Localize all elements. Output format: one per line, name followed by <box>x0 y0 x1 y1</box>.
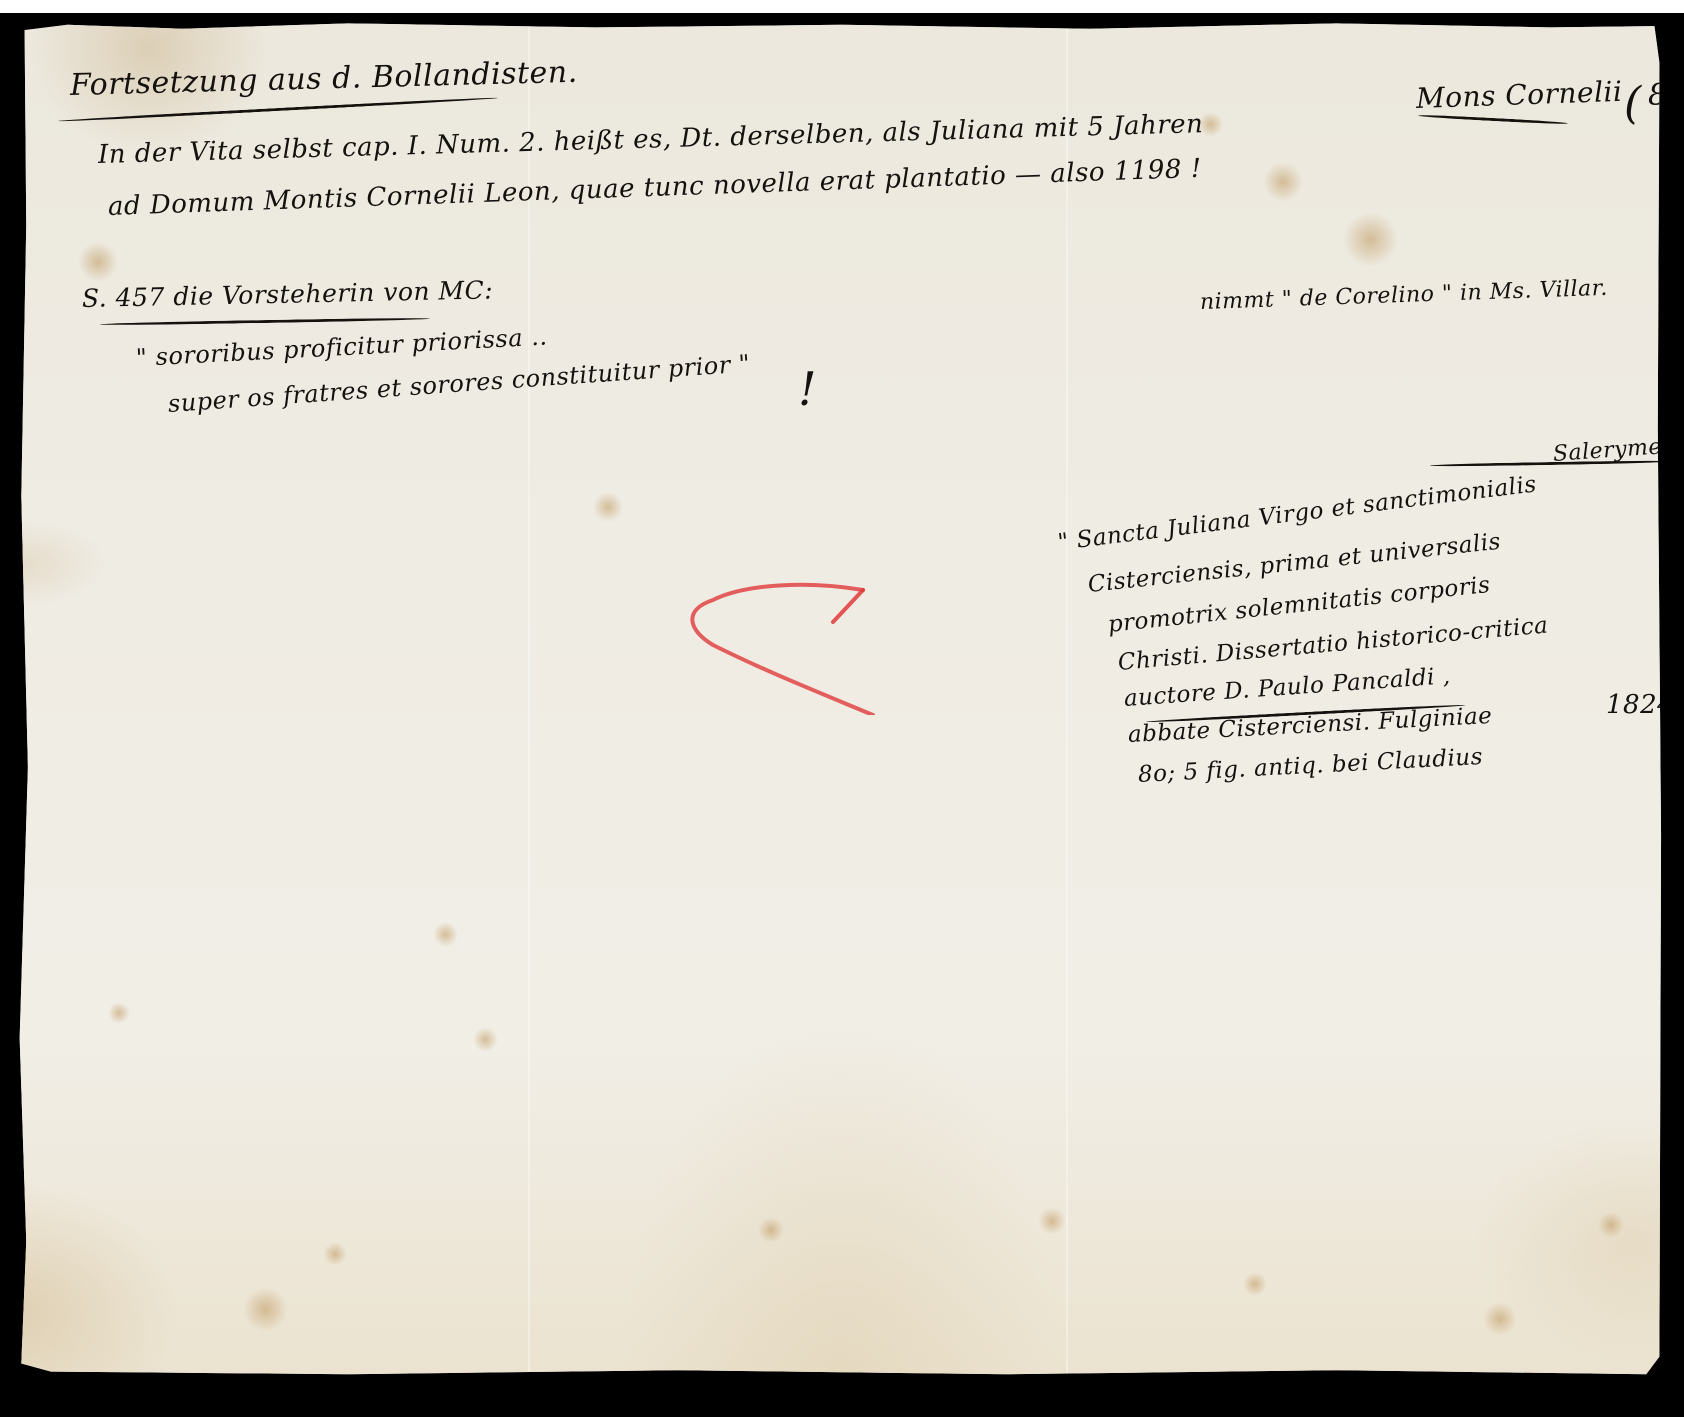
line-underline <box>100 317 430 326</box>
scan-top-margin <box>0 0 1684 13</box>
foxing-spot <box>1243 1272 1267 1296</box>
red-arrow-icon <box>683 570 883 715</box>
folio-number: 8. <box>1648 78 1678 113</box>
paper-fold-line <box>528 22 530 1377</box>
foxing-spot <box>108 1002 130 1024</box>
foxing-spot <box>1598 1212 1624 1238</box>
foxing-spot <box>1263 162 1303 202</box>
bibliography-line: abbate Cisterciensi. Fulginiae <box>1127 703 1493 748</box>
quote-line: " sororibus proficitur priorissa .. <box>135 322 548 372</box>
bibliography-line: 8o; 5 fig. antiq. bei Claudius <box>1137 744 1483 788</box>
quote-exclamation: ! <box>798 362 817 416</box>
paper-fold-line <box>1066 22 1068 1377</box>
foxing-spot <box>1483 1302 1517 1336</box>
folio-label: Mons Cornelii <box>1415 75 1622 115</box>
foxing-spot <box>78 242 118 282</box>
foxing-spot <box>1038 1207 1066 1235</box>
foxing-spot <box>433 922 458 947</box>
foxing-spot <box>1343 212 1398 267</box>
folio-underline <box>1418 114 1568 125</box>
foxing-spot <box>473 1027 498 1052</box>
signature-underline <box>1430 460 1670 467</box>
foxing-spot <box>758 1217 784 1243</box>
body-line: S. 457 die Vorsteherin von MC: <box>82 275 494 313</box>
folio-bracket: ( <box>1624 78 1642 129</box>
page-heading: Fortsetzung aus d. Bollandisten. <box>70 55 579 103</box>
manuscript-page: Fortsetzung aus d. Bollandisten. Mons Co… <box>18 22 1666 1377</box>
publication-year: 1824. <box>1606 690 1683 720</box>
foxing-spot <box>323 1242 347 1266</box>
margin-note: nimmt " de Corelino " in Ms. Villar. <box>1200 276 1609 315</box>
foxing-spot <box>243 1287 288 1332</box>
foxing-spot <box>593 492 623 522</box>
